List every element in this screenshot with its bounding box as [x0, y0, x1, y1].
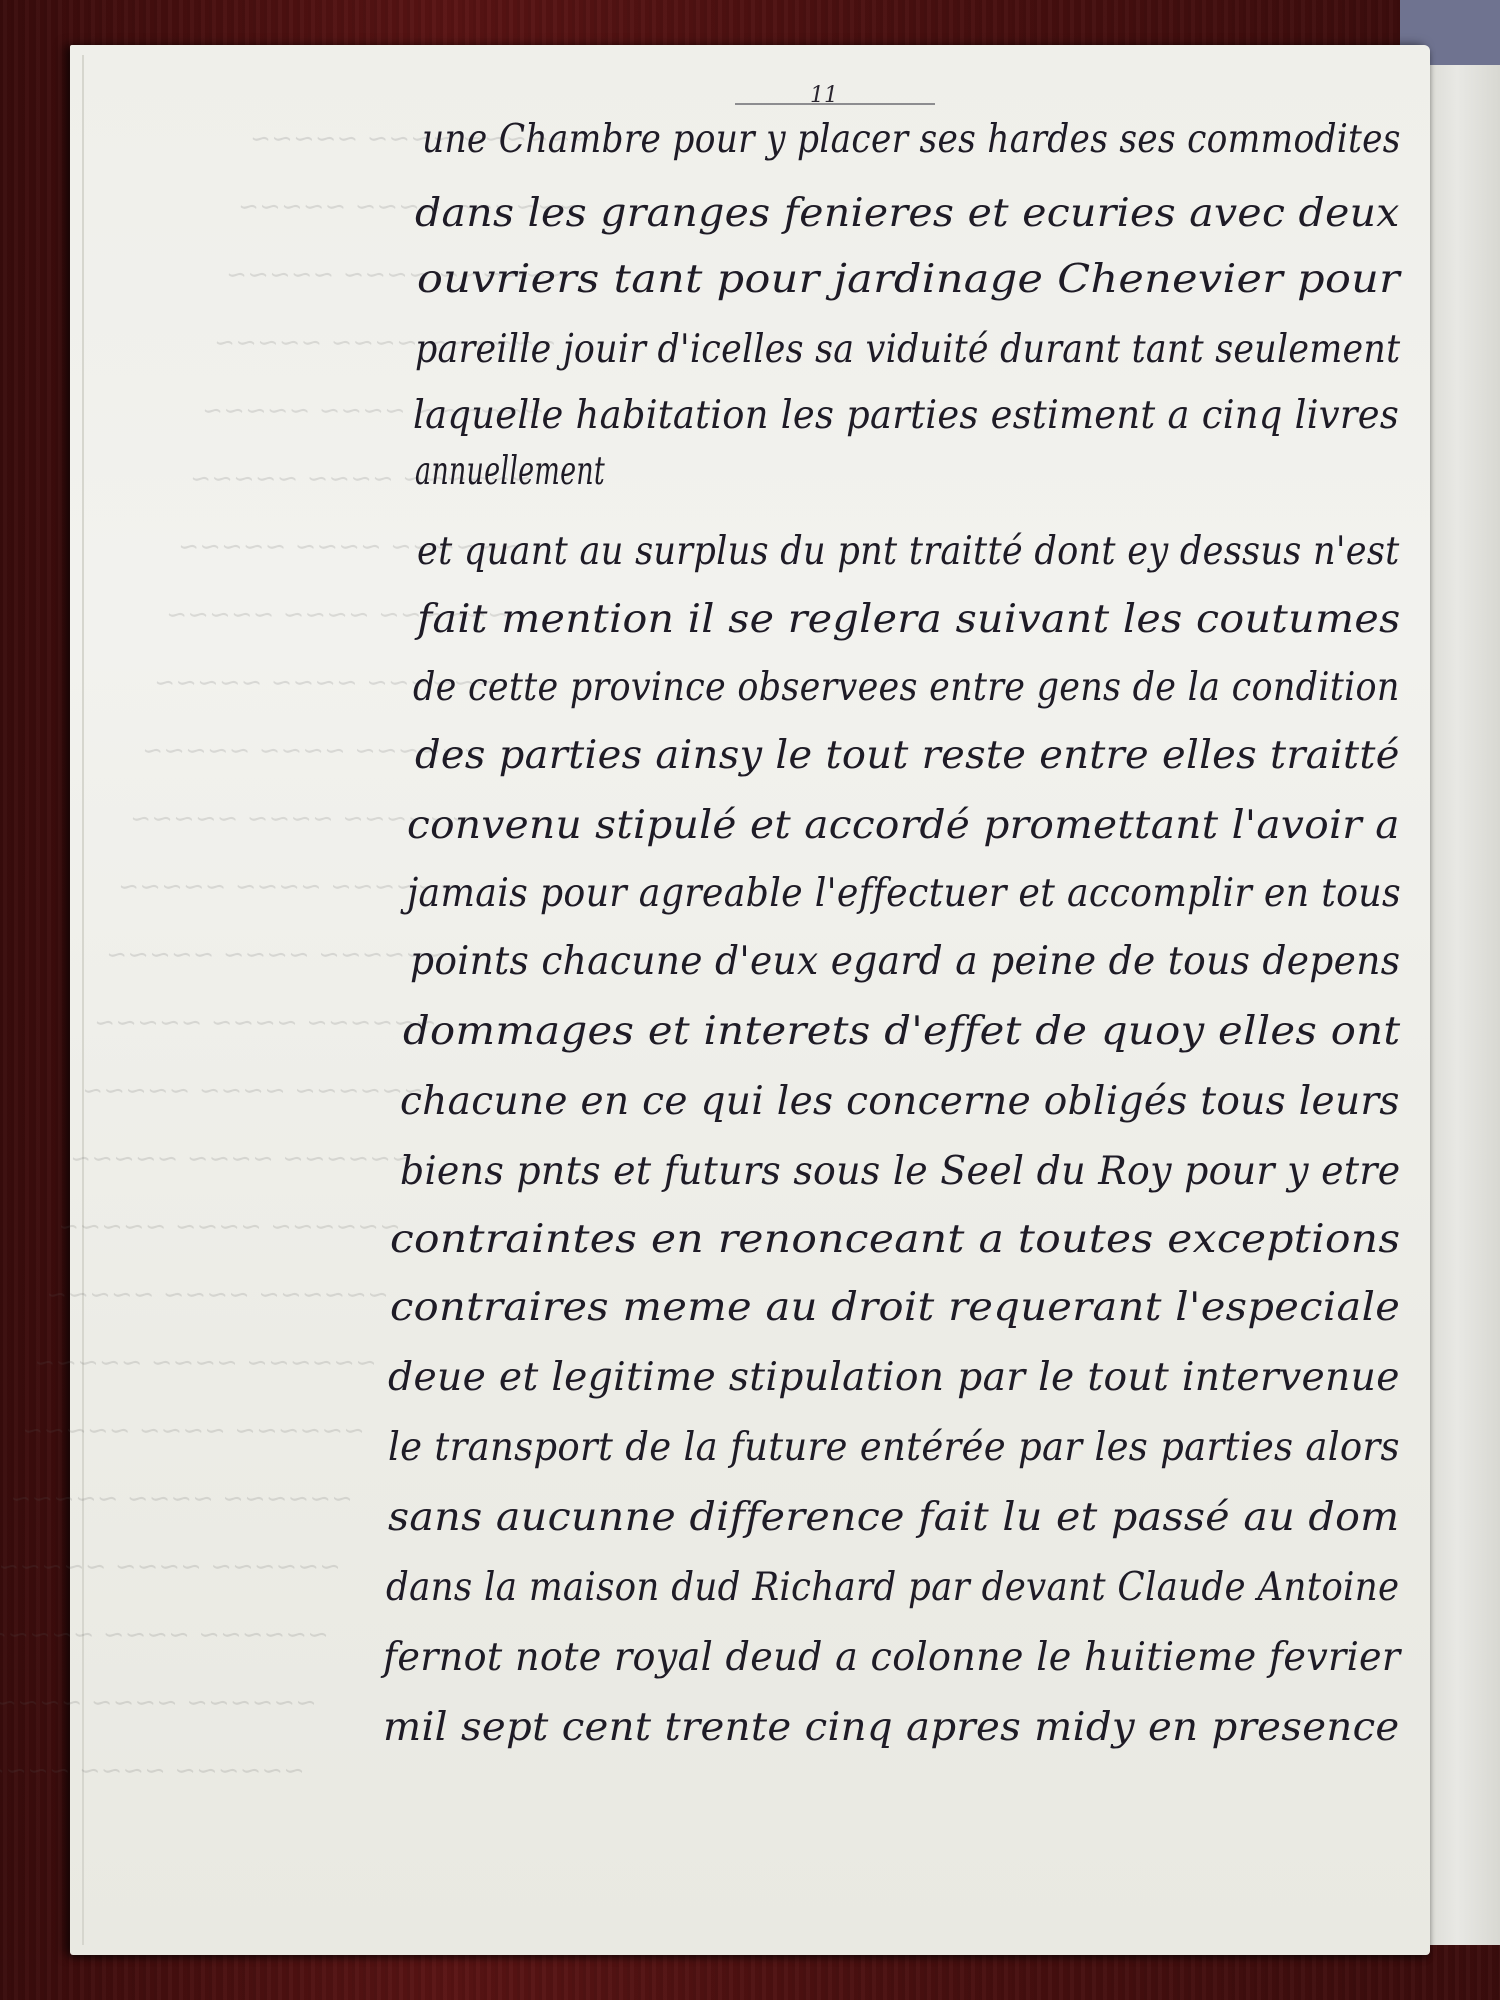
text-line: de cette province observees entre gens d…: [413, 665, 1400, 710]
text-line: biens pnts et futurs sous le Seel du Roy…: [400, 1149, 1400, 1194]
text-line: points chacune d'eux egard a peine de to…: [410, 939, 1400, 984]
text-line: et quant au surplus du pnt traitté dont …: [417, 529, 1400, 574]
text-line: dans les granges fenieres et ecuries ave…: [415, 191, 1400, 236]
text-line: ouvriers tant pour jardinage Chenevier p…: [417, 257, 1400, 302]
text-line: une Chambre pour y placer ses hardes ses…: [422, 117, 1401, 162]
text-line: contraires meme au droit requerant l'esp…: [390, 1285, 1400, 1330]
text-line: laquelle habitation les parties estiment…: [413, 393, 1399, 438]
text-line: dans la maison dud Richard par devant Cl…: [386, 1565, 1399, 1610]
text-line: chacune en ce qui les concerne obligés t…: [400, 1079, 1400, 1124]
text-line: convenu stipulé et accordé promettant l'…: [407, 803, 1400, 848]
text-line: pareille jouir d'icelles sa viduité dura…: [415, 327, 1400, 372]
text-line: fait mention il se reglera suivant les c…: [417, 597, 1401, 642]
adjacent-page-edge: [1427, 65, 1500, 1945]
text-line: jamais pour agreable l'effectuer et acco…: [407, 871, 1401, 916]
text-line: des parties ainsy le tout reste entre el…: [415, 733, 1400, 778]
text-line: sans aucunne difference fait lu et passé…: [388, 1495, 1399, 1540]
manuscript-page: ~~~~~~ ~~~~ ~~~~~~ ~~~~ ~~~~~~ ~~~~~~~~~…: [70, 45, 1430, 1955]
text-line: fernot note royal deud a colonne le huit…: [383, 1635, 1400, 1680]
text-line: deue et legitime stipulation par le tout…: [388, 1355, 1400, 1400]
text-line: dommages et interets d'effet de quoy ell…: [403, 1009, 1400, 1054]
text-line: annuellement: [415, 449, 605, 494]
text-line: contraintes en renonceant a toutes excep…: [390, 1217, 1400, 1262]
text-line: mil sept cent trente cinq apres midy en …: [383, 1705, 1400, 1750]
text-line: le transport de la future entérée par le…: [388, 1425, 1400, 1470]
handwritten-text-block: une Chambre pour y placer ses hardes ses…: [70, 45, 1430, 1955]
